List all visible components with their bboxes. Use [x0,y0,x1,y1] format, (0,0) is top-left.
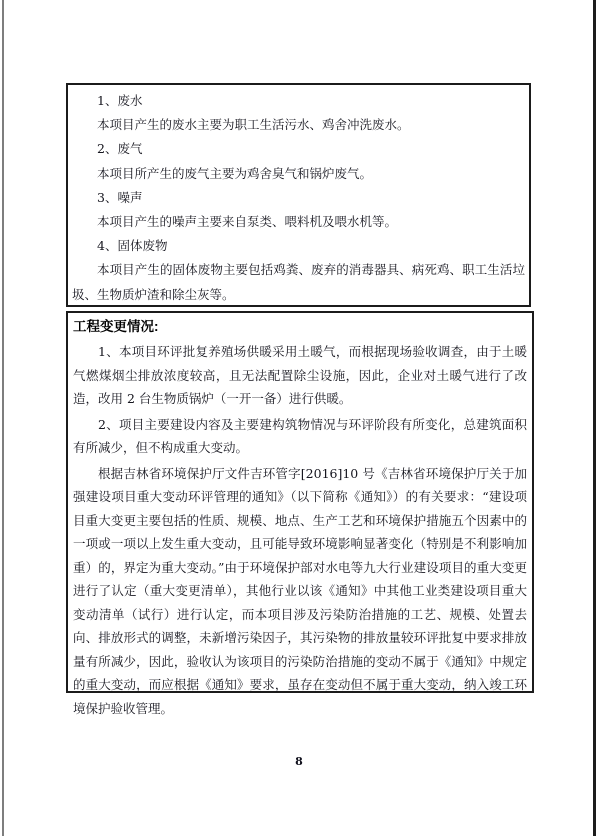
page-edge-left [2,0,4,836]
noise-body: 本项目产生的噪声主要来自泵类、喂料机及喂水机等。 [72,210,525,234]
wastewater-heading: 1、废水 [72,89,525,113]
page-edge-right [593,0,596,836]
page-number: 8 [0,755,598,768]
exhaust-gas-body: 本项目所产生的废气主要为鸡舍臭气和锅炉废气。 [72,162,525,186]
change-paragraph-regulation: 根据吉林省环境保护厅文件吉环管字[2016]10 号《吉林省环境保护厅关于加强建… [73,462,527,721]
solid-waste-heading: 4、固体废物 [72,234,525,258]
wastewater-body: 本项目产生的废水主要为职工生活污水、鸡舍冲洗废水。 [72,113,525,137]
project-change-title: 工程变更情况: [73,316,527,338]
scanned-document-page: 1、废水 本项目产生的废水主要为职工生活污水、鸡舍冲洗废水。 2、废气 本项目所… [0,0,598,836]
change-paragraph-heating: 1、本项目环评批复养殖场供暖采用土暖气，而根据现场验收调查，由于土暖气燃煤烟尘排… [73,340,527,411]
pollution-sources-cell: 1、废水 本项目产生的废水主要为职工生活污水、鸡舍冲洗废水。 2、废气 本项目所… [66,83,531,307]
change-paragraph-construction: 2、项目主要建设内容及主要建构筑物情况与环评阶段有所变化，总建筑面积有所减少，但… [73,413,527,460]
exhaust-gas-heading: 2、废气 [72,137,525,161]
noise-heading: 3、噪声 [72,186,525,210]
project-change-cell: 工程变更情况: 1、本项目环评批复养殖场供暖采用土暖气，而根据现场验收调查，由于… [66,311,534,693]
solid-waste-body: 本项目产生的固体废物主要包括鸡粪、废弃的消毒器具、病死鸡、职工生活垃圾、生物质炉… [72,258,525,306]
